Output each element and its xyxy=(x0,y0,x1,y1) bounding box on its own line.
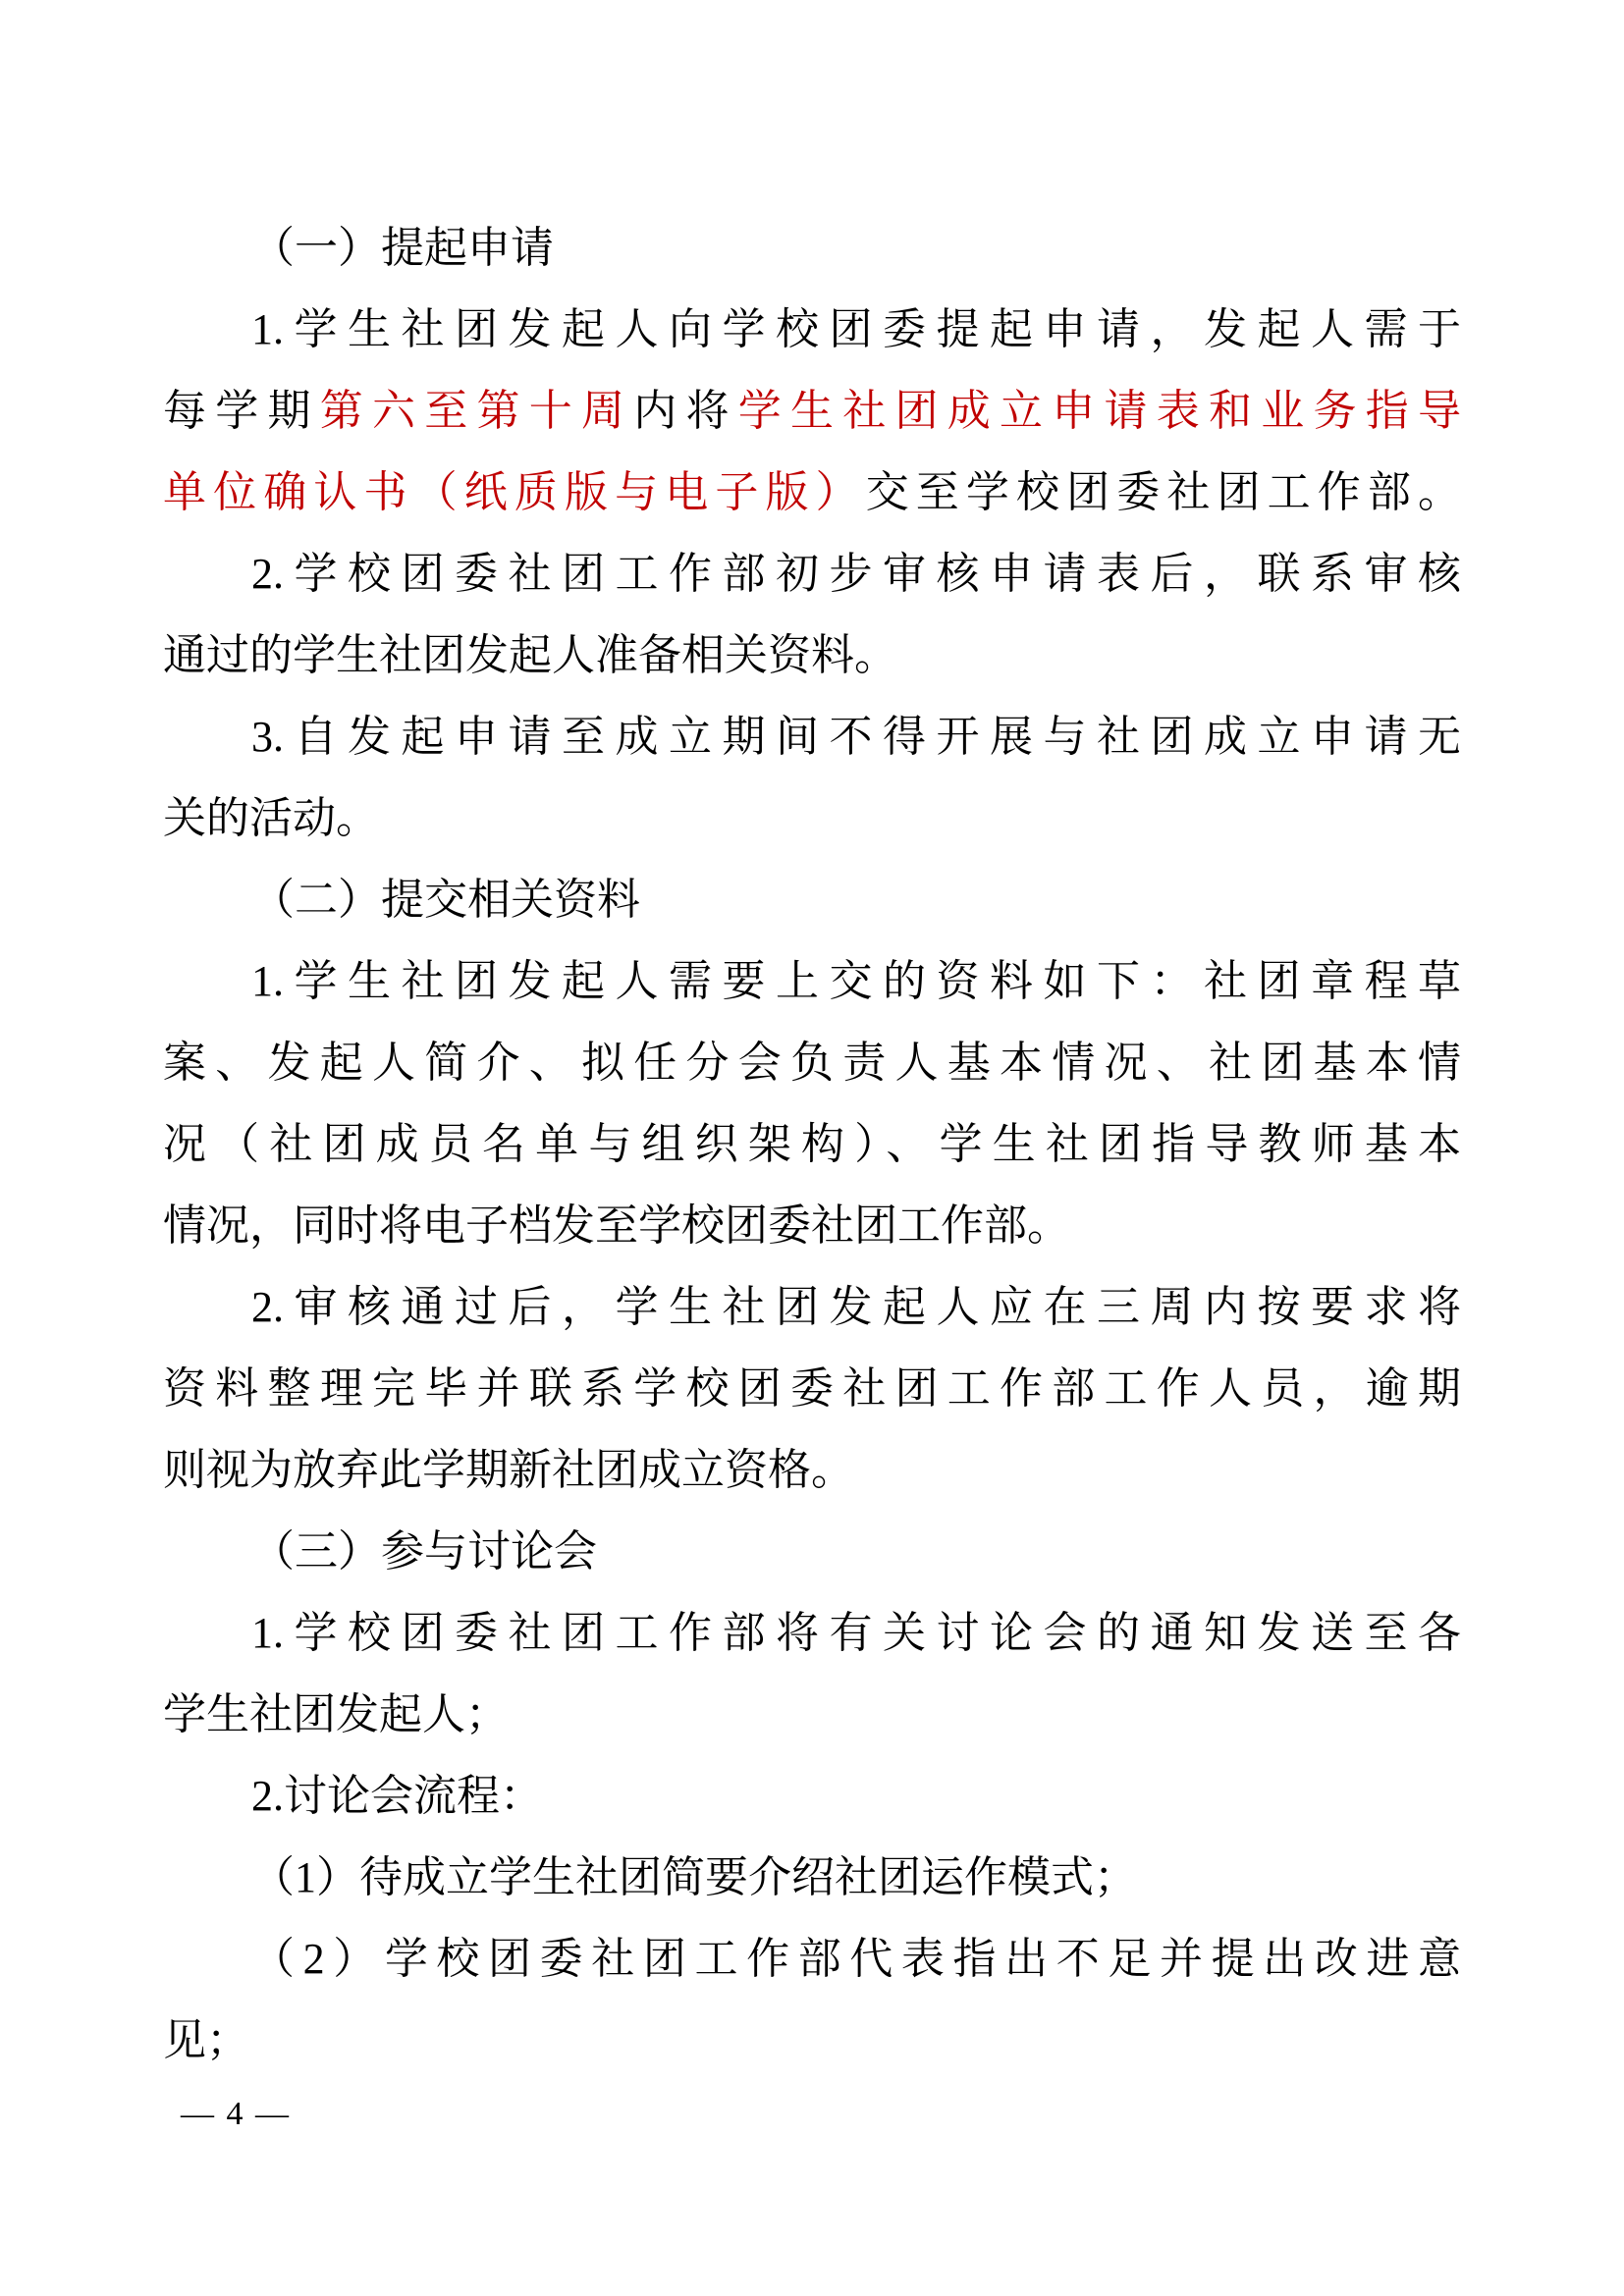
text-line-13: 情况，同时将电子档发至学校团委社团工作部。 xyxy=(163,1185,1461,1266)
text-line-23: 见； xyxy=(163,2000,1461,2081)
text-line-2: 1.学生社团发起人向学校团委提起申请，发起人需于 xyxy=(163,289,1461,370)
text-line-22: （2）学校团委社团工作部代表指出不足并提出改进意 xyxy=(163,1918,1461,2000)
text-run: 2.学校团委社团工作部初步审核申请表后，联系审核 xyxy=(251,550,1461,598)
text-line-12: 况（社团成员名单与组织架构）、学生社团指导教师基本 xyxy=(163,1103,1461,1185)
text-run: 学生社团发起人； xyxy=(163,1690,509,1738)
text-run: 内将 xyxy=(633,387,738,435)
text-line-21: （1）待成立学生社团简要介绍社团运作模式； xyxy=(163,1837,1461,1918)
text-line-17: （三）参与讨论会 xyxy=(163,1511,1461,1592)
text-run: 案、发起人简介、拟任分会负责人基本情况、社团基本情 xyxy=(163,1039,1461,1087)
text-run: 交至学校团委社团工作部。 xyxy=(866,468,1461,516)
page-number: — 4 — xyxy=(181,2087,291,2142)
text-run: （三）参与讨论会 xyxy=(251,1527,597,1575)
text-run: 见； xyxy=(163,2016,249,2064)
text-run: 通过的学生社团发起人准备相关资料。 xyxy=(163,631,897,679)
text-line-3: 每学期第六至第十周内将学生社团成立申请表和业务指导 xyxy=(163,370,1461,452)
text-run: 2.审核通过后，学生社团发起人应在三周内按要求将 xyxy=(251,1283,1461,1331)
text-line-5: 2.学校团委社团工作部初步审核申请表后，联系审核 xyxy=(163,533,1461,614)
text-run: 每学期 xyxy=(163,387,320,435)
text-line-14: 2.审核通过后，学生社团发起人应在三周内按要求将 xyxy=(163,1266,1461,1348)
text-line-15: 资料整理完毕并联系学校团委社团工作部工作人员，逾期 xyxy=(163,1348,1461,1429)
text-line-20: 2.讨论会流程： xyxy=(163,1755,1461,1837)
text-line-7: 3.自发起申请至成立期间不得开展与社团成立申请无 xyxy=(163,696,1461,777)
highlighted-text-run: 第六至第十周 xyxy=(320,387,634,435)
text-line-4: 单位确认书（纸质版与电子版）交至学校团委社团工作部。 xyxy=(163,452,1461,533)
text-run: （1）待成立学生社团简要介绍社团运作模式； xyxy=(251,1853,1137,1901)
text-line-1: （一）提起申请 xyxy=(163,207,1461,289)
text-line-11: 案、发起人简介、拟任分会负责人基本情况、社团基本情 xyxy=(163,1022,1461,1103)
text-run: 关的活动。 xyxy=(163,794,379,842)
text-line-18: 1.学校团委社团工作部将有关讨论会的通知发送至各 xyxy=(163,1592,1461,1674)
text-run: （2）学校团委社团工作部代表指出不足并提出改进意 xyxy=(251,1935,1461,1983)
text-run: 2.讨论会流程： xyxy=(251,1772,543,1820)
highlighted-text-run: 单位确认书（纸质版与电子版） xyxy=(163,468,866,516)
text-run: 3.自发起申请至成立期间不得开展与社团成立申请无 xyxy=(251,713,1461,761)
text-run: （二）提交相关资料 xyxy=(251,876,640,924)
text-run: 资料整理完毕并联系学校团委社团工作部工作人员，逾期 xyxy=(163,1364,1461,1413)
highlighted-text-run: 学生社团成立申请表和业务指导 xyxy=(738,387,1461,435)
text-run: 况（社团成员名单与组织架构）、学生社团指导教师基本 xyxy=(163,1120,1461,1168)
text-line-10: 1.学生社团发起人需要上交的资料如下：社团章程草 xyxy=(163,940,1461,1022)
text-run: 情况，同时将电子档发至学校团委社团工作部。 xyxy=(163,1201,1070,1250)
text-run: 则视为放弃此学期新社团成立资格。 xyxy=(163,1446,854,1494)
text-run: 1.学校团委社团工作部将有关讨论会的通知发送至各 xyxy=(251,1609,1461,1657)
document-body: （一）提起申请1.学生社团发起人向学校团委提起申请，发起人需于每学期第六至第十周… xyxy=(163,207,1461,2081)
text-line-16: 则视为放弃此学期新社团成立资格。 xyxy=(163,1429,1461,1511)
document-page: （一）提起申请1.学生社团发起人向学校团委提起申请，发起人需于每学期第六至第十周… xyxy=(0,0,1624,2296)
text-line-9: （二）提交相关资料 xyxy=(163,859,1461,940)
text-line-6: 通过的学生社团发起人准备相关资料。 xyxy=(163,614,1461,696)
text-run: （一）提起申请 xyxy=(251,224,554,272)
text-run: 1.学生社团发起人需要上交的资料如下：社团章程草 xyxy=(251,957,1461,1005)
text-run: 1.学生社团发起人向学校团委提起申请，发起人需于 xyxy=(251,305,1461,353)
text-line-8: 关的活动。 xyxy=(163,777,1461,859)
text-line-19: 学生社团发起人； xyxy=(163,1674,1461,1755)
